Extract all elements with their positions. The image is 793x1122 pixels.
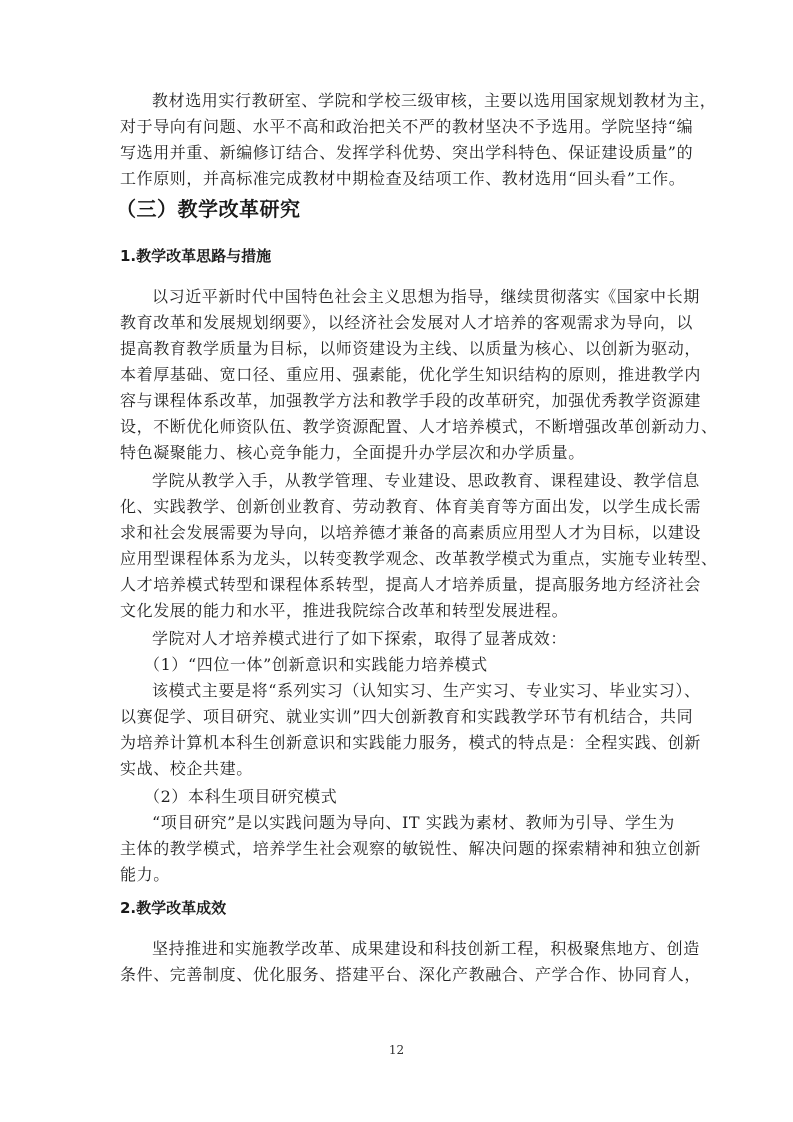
paragraph-line: 容与课程体系改革，加强教学方法和教学手段的改革研究，加强优秀教学资源建 bbox=[120, 388, 678, 414]
paragraph-line: 该模式主要是将“系列实习（认知实习、生产实习、专业实习、毕业实习）、 bbox=[120, 678, 678, 704]
paragraph-line: 以赛促学、项目研究、就业实训”四大创新教育和实践教学环节有机结合，共同 bbox=[120, 704, 678, 730]
paragraph-line: 教育改革和发展规划纲要》，以经济社会发展对人才培养的客观需求为导向，以 bbox=[120, 310, 678, 336]
list-item-title-2: （2）本科生项目研究模式 bbox=[120, 784, 670, 810]
paragraph-line: 实战、校企共建。 bbox=[120, 756, 678, 782]
page-number: 12 bbox=[0, 1043, 793, 1057]
paragraph-line: 应用型课程体系为龙头，以转变教学观念、改革教学模式为重点，实施专业转型、 bbox=[120, 546, 678, 572]
subsection-heading-1: 1.教学改革思路与措施 bbox=[120, 244, 271, 268]
paragraph-line: 以习近平新时代中国特色社会主义思想为指导，继续贯彻落实《国家中长期 bbox=[120, 284, 678, 310]
list-item-title-1: （1）“四位一体”创新意识和实践能力培养模式 bbox=[120, 652, 670, 678]
paragraph-line: 学院对人才培养模式进行了如下探索，取得了显著成效： bbox=[120, 626, 678, 652]
paragraph-line: 设，不断优化师资队伍、教学资源配置、人才培养模式，不断增强改革创新动力、 bbox=[120, 414, 678, 440]
paragraph-line: 工作原则，并高标准完成教材中期检查及结项工作、教材选用“回头看”工作。 bbox=[120, 166, 678, 192]
paragraph-line: 人才培养模式转型和课程体系转型，提高人才培养质量，提高服务地方经济社会 bbox=[120, 572, 678, 598]
paragraph-line: 化、实践教学、创新创业教育、劳动教育、体育美育等方面出发，以学生成长需 bbox=[120, 494, 678, 520]
paragraph-line: 教材选用实行教研室、学院和学校三级审核，主要以选用国家规划教材为主， bbox=[120, 88, 678, 114]
paragraph-line: 主体的教学模式，培养学生社会观察的敏锐性、解决问题的探索精神和独立创新 bbox=[120, 836, 678, 862]
paragraph-line: 条件、完善制度、优化服务、搭建平台、深化产教融合、产学合作、协同育人， bbox=[120, 962, 678, 988]
paragraph-line: 为培养计算机本科生创新意识和实践能力服务，模式的特点是：全程实践、创新 bbox=[120, 730, 678, 756]
paragraph-line: 本着厚基础、宽口径、重应用、强素能，优化学生知识结构的原则，推进教学内 bbox=[120, 362, 678, 388]
paragraph-line: 提高教育教学质量为目标，以师资建设为主线、以质量为核心、以创新为驱动， bbox=[120, 336, 678, 362]
section-heading: （三）教学改革研究 bbox=[116, 194, 301, 224]
paragraph-line: “项目研究”是以实践问题为导向、IT 实践为素材、教师为引导、学生为 bbox=[120, 810, 678, 836]
paragraph-line: 能力。 bbox=[120, 862, 678, 888]
subsection-heading-2: 2.教学改革成效 bbox=[120, 896, 226, 920]
paragraph-line: 对于导向有问题、水平不高和政治把关不严的教材坚决不予选用。学院坚持“编 bbox=[120, 114, 678, 140]
paragraph-line: 坚持推进和实施教学改革、成果建设和科技创新工程，积极聚焦地方、创造 bbox=[120, 936, 678, 962]
paragraph-line: 特色凝聚能力、核心竞争能力，全面提升办学层次和办学质量。 bbox=[120, 440, 678, 466]
paragraph-line: 文化发展的能力和水平，推进我院综合改革和转型发展进程。 bbox=[120, 598, 678, 624]
paragraph-line: 求和社会发展需要为导向，以培养德才兼备的高素质应用型人才为目标，以建设 bbox=[120, 520, 678, 546]
paragraph-line: 学院从教学入手，从教学管理、专业建设、思政教育、课程建设、教学信息 bbox=[120, 468, 678, 494]
paragraph-line: 写选用并重、新编修订结合、发挥学科优势、突出学科特色、保证建设质量”的 bbox=[120, 140, 678, 166]
